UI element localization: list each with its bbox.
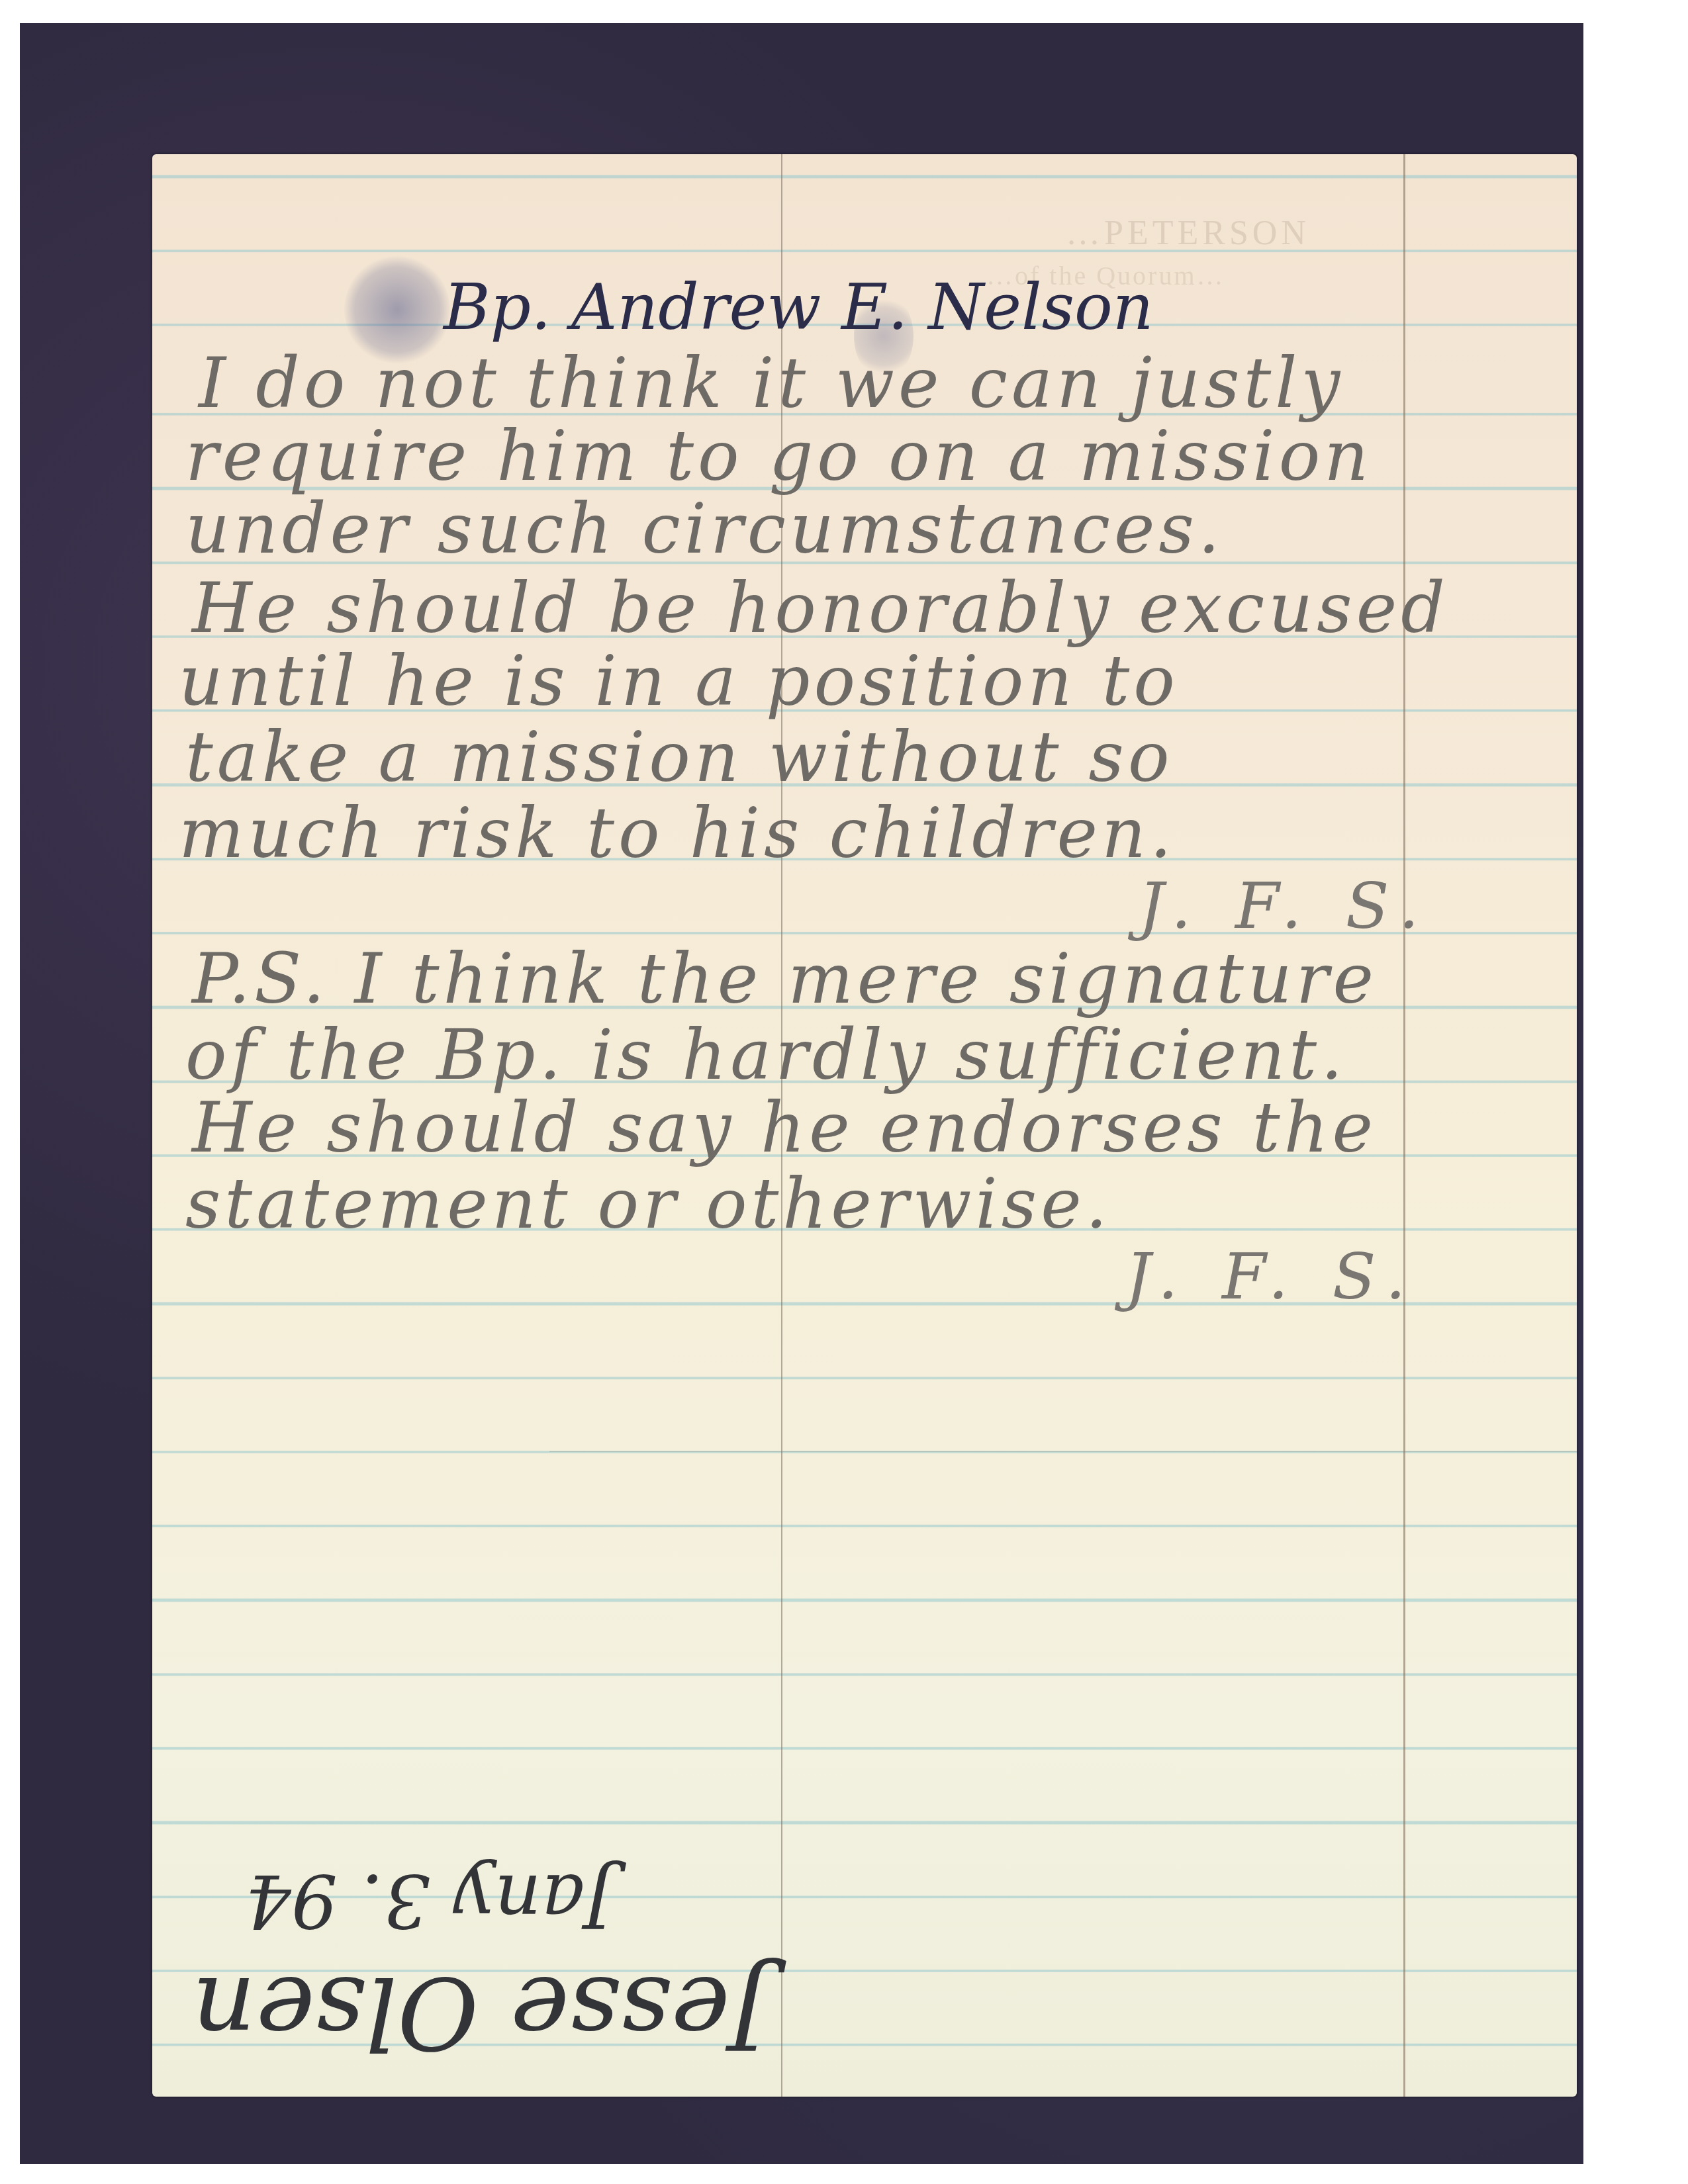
postscript-line: He should say he endorses the [192,1087,1377,1168]
body-line: require him to go on a mission [185,416,1372,496]
endorsement-date: Jany 3. 94 [245,1858,614,1943]
body-line: He should be honorably excused [192,568,1449,649]
horizontal-fold-crease [549,1451,1577,1452]
signature-initials: J. F. S. [1139,869,1431,943]
postscript-line: of the Bp. is hardly sufficient. [185,1015,1346,1095]
mounting-mat: …PETERSON …of the Quorum… Bp. Andrew E. … [20,23,1583,2164]
faint-letterhead: …PETERSON [1066,214,1310,253]
postscript-line: P.S. I think the mere signature [192,938,1378,1019]
endorsement-name: Jesse Olsen [192,1954,770,2070]
postscript-line: statement or otherwise. [185,1163,1111,1244]
body-line: take a mission without so [185,717,1174,797]
vertical-fold-crease-right [1403,154,1405,2097]
letter-sheet: …PETERSON …of the Quorum… Bp. Andrew E. … [152,154,1577,2097]
body-line: I do not think it we can justly [199,343,1344,424]
heading-addressee: Bp. Andrew E. Nelson [444,270,1154,344]
signature-initials: J. F. S. [1125,1240,1418,1314]
body-line: much risk to his children. [179,793,1176,874]
body-line: until he is in a position to [179,641,1179,721]
body-line: under such circumstances. [185,488,1224,569]
